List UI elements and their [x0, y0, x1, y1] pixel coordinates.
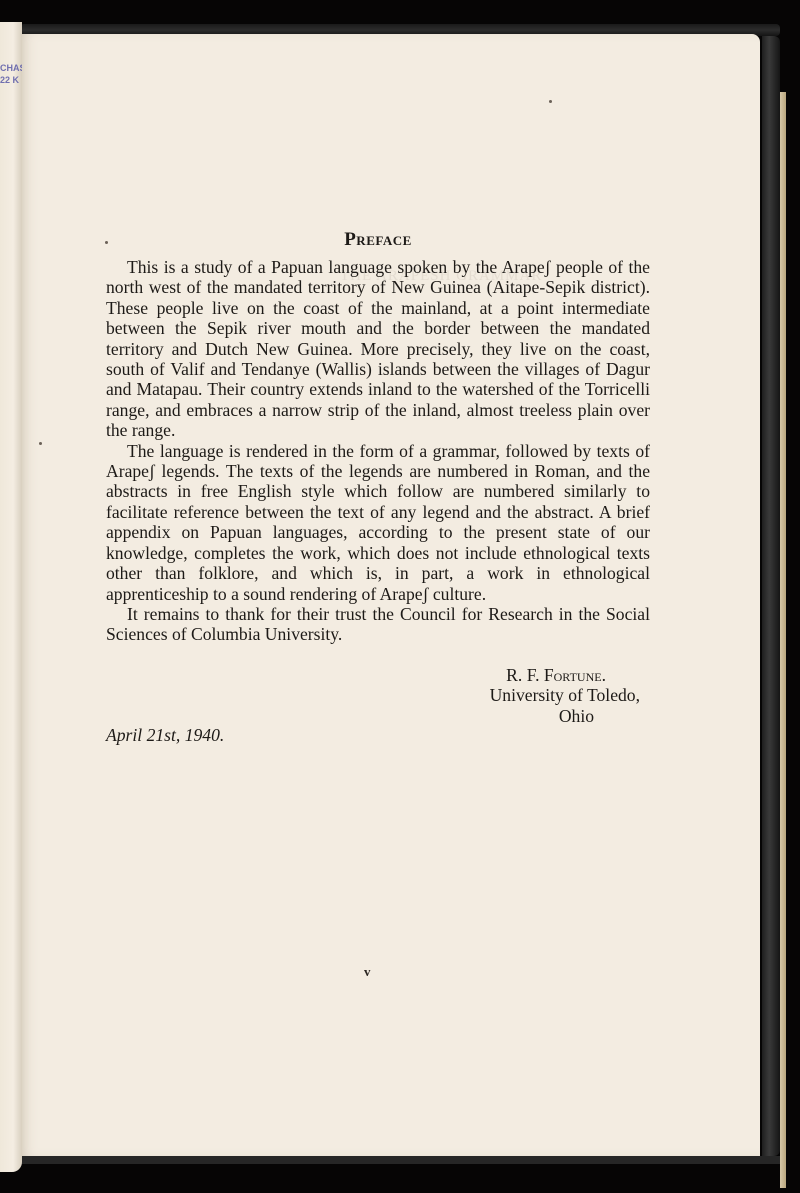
- binding-right-edge: [762, 36, 780, 1156]
- paragraph-1: This is a study of a Papuan language spo…: [106, 257, 650, 441]
- paragraph-3: It remains to thank for their trust the …: [106, 604, 650, 645]
- stamp-line-2: 22 K: [0, 74, 20, 86]
- preface-body: Preface This is a study of a Papuan lang…: [106, 229, 650, 645]
- paper-speck: [39, 442, 42, 445]
- paragraph-2: The language is rendered in the form of …: [106, 441, 650, 604]
- stamp-line-1: CHASE: [0, 62, 20, 74]
- page-title: Preface: [106, 229, 650, 251]
- signature-block: R. F. Fortune. University of Toledo, Ohi…: [106, 665, 650, 726]
- page-fore-edge: [780, 92, 786, 1188]
- paper-speck: [549, 100, 552, 103]
- preface-date: April 21st, 1940.: [106, 725, 224, 745]
- page-number: v: [364, 964, 371, 980]
- author-name: R. F. Fortune.: [106, 665, 650, 685]
- library-stamp: CHASE 22 K: [0, 62, 20, 86]
- binding-bottom-edge: [20, 1156, 780, 1164]
- previous-leaf: CHASE 22 K: [0, 22, 22, 1172]
- author-affiliation: University of Toledo,: [106, 685, 650, 705]
- author-place: Ohio: [106, 706, 650, 726]
